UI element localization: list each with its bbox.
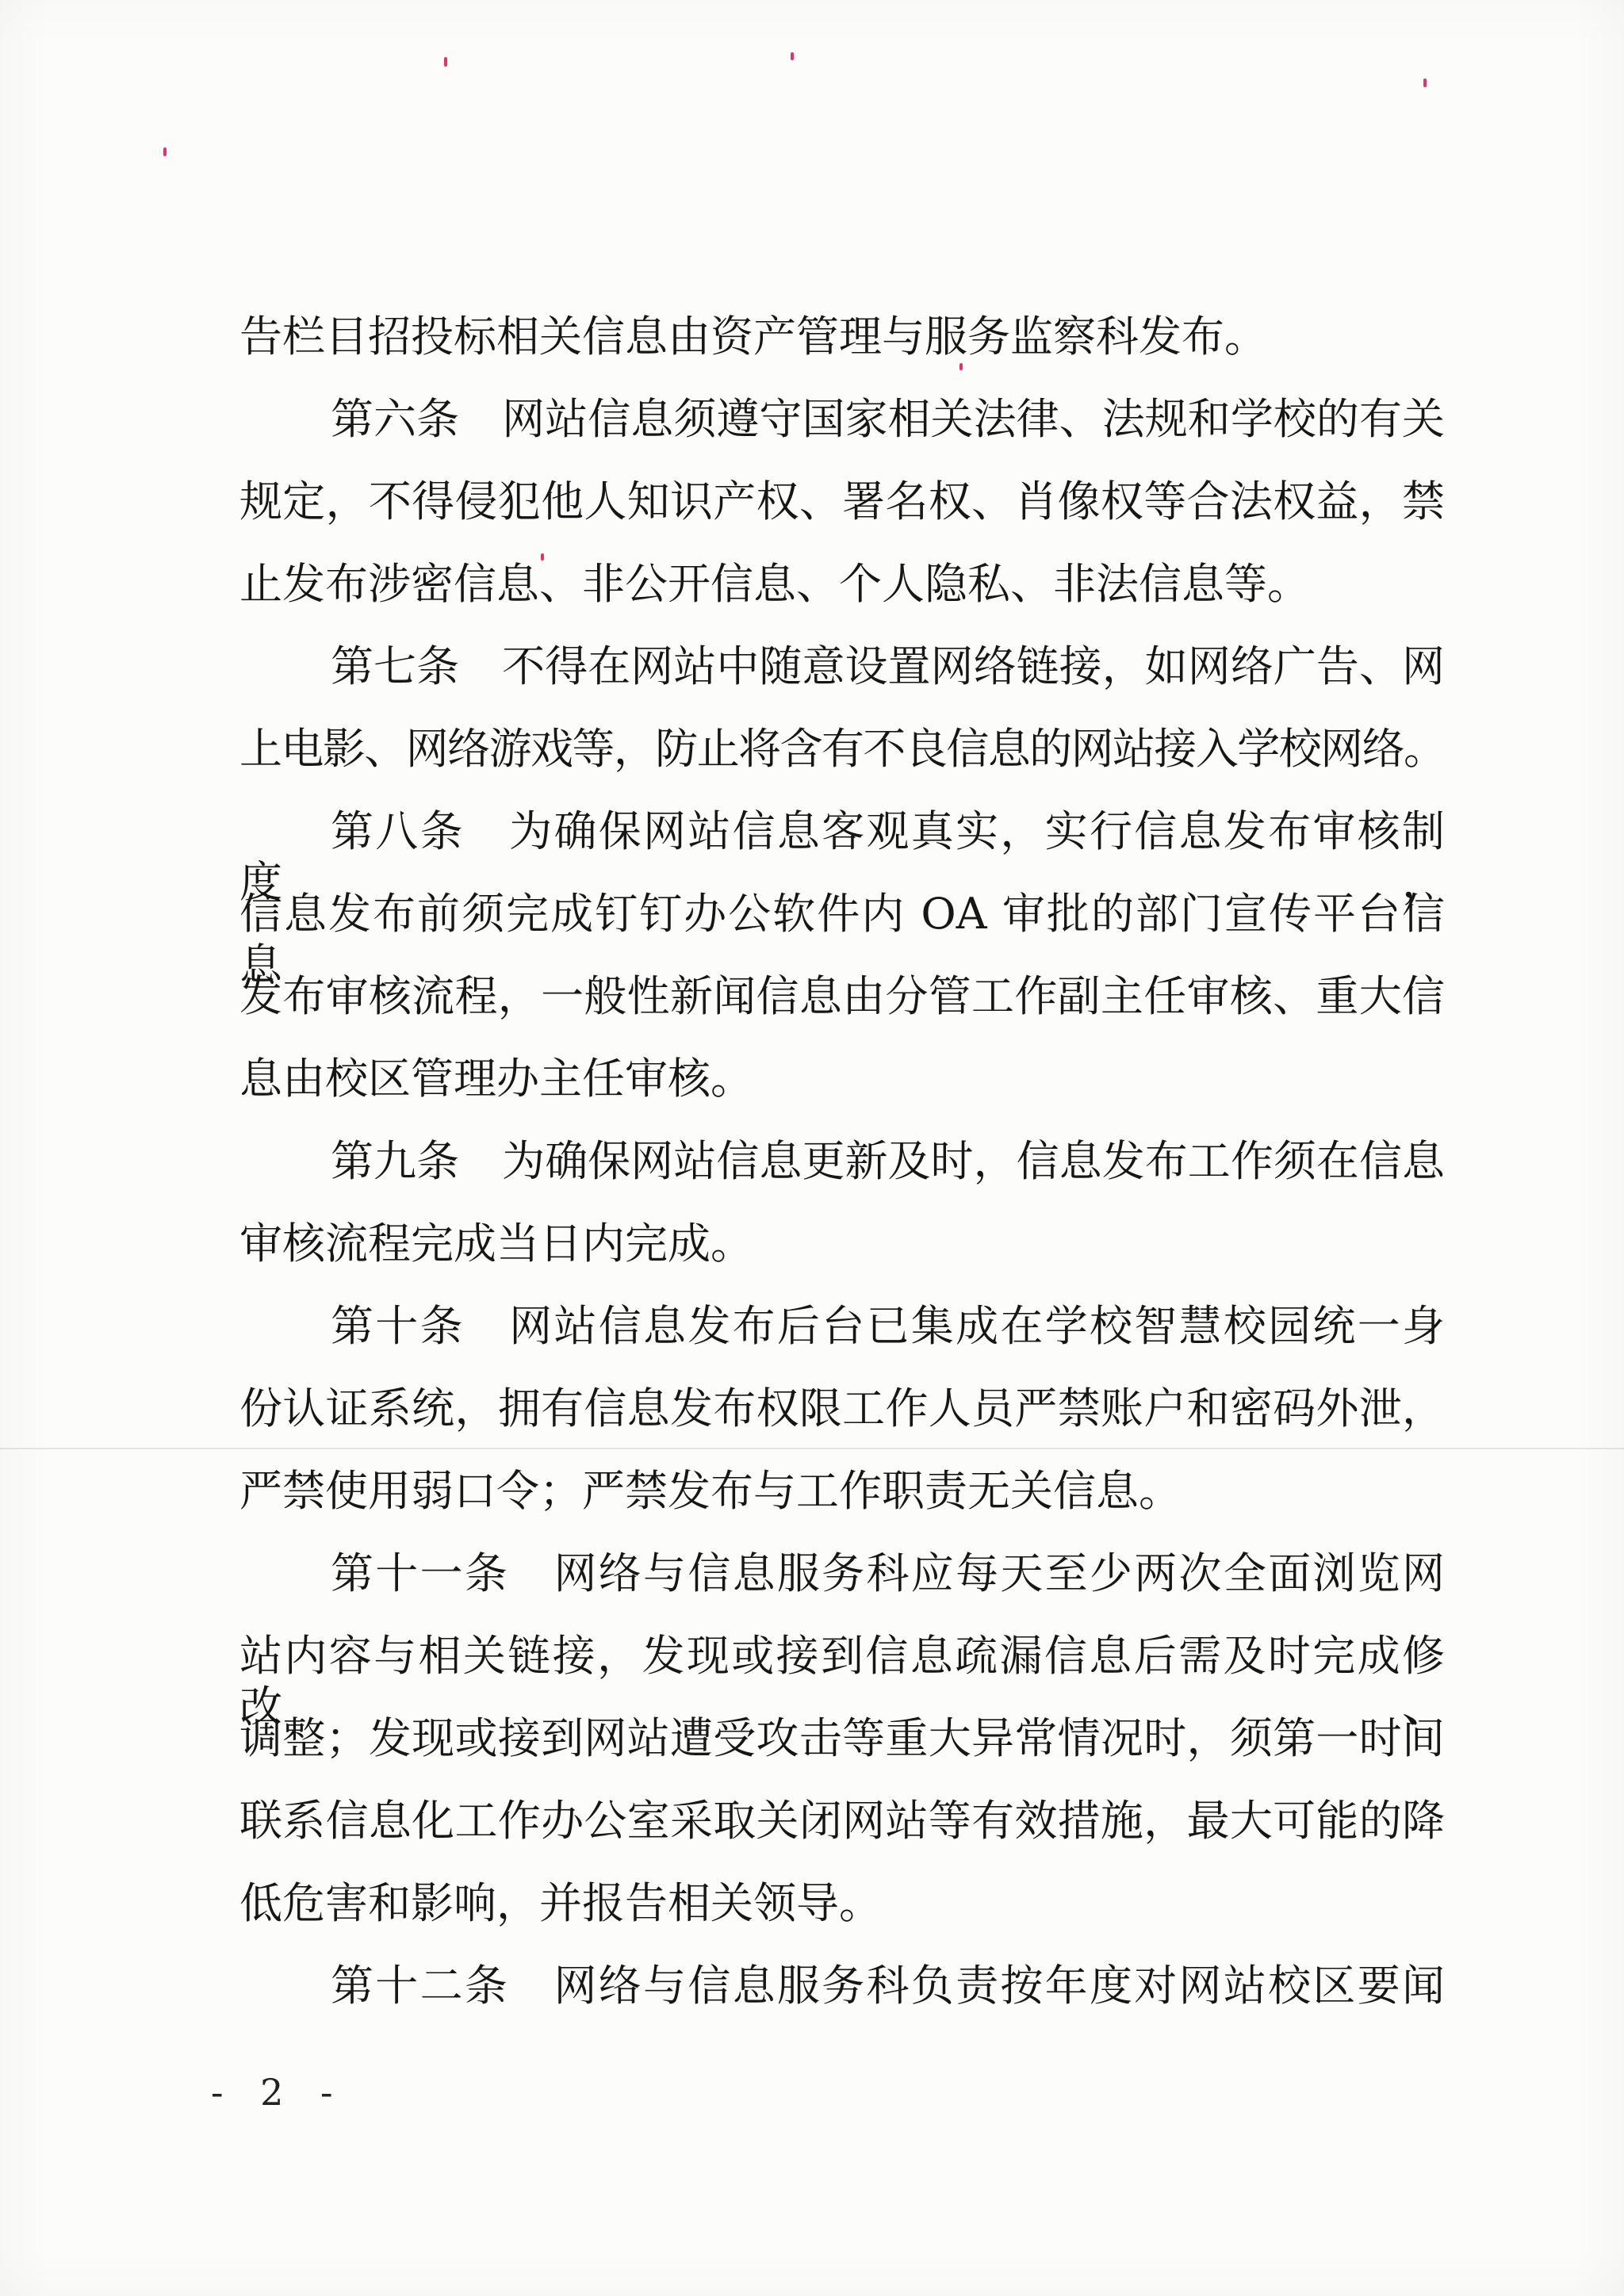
text-line: 发布审核流程，一般性新闻信息由分管工作副主任审核、重大信 bbox=[239, 971, 1445, 1054]
text-line: 严禁使用弱口令；严禁发布与工作职责无关信息。 bbox=[239, 1466, 1445, 1548]
text-line: 第十一条 网络与信息服务科应每天至少两次全面浏览网 bbox=[239, 1548, 1445, 1631]
text-line: 告栏目招投标相关信息由资产管理与服务监察科发布。 bbox=[239, 312, 1445, 394]
scan-speck bbox=[444, 57, 447, 67]
text-line: 第十条 网站信息发布后台已集成在学校智慧校园统一身 bbox=[239, 1301, 1445, 1383]
text-line: 调整；发现或接到网站遭受攻击等重大异常情况时，须第一时间 bbox=[239, 1713, 1445, 1796]
text-line: 第十二条 网络与信息服务科负责按年度对网站校区要闻 bbox=[239, 1961, 1445, 2043]
text-line: 规定，不得侵犯他人知识产权、署名权、肖像权等合法权益，禁 bbox=[239, 476, 1445, 559]
scanned-document-page: { "page": { "background": "#fcfcfb", "nu… bbox=[0, 0, 1624, 2296]
text-line: 上电影、网络游戏等，防止将含有不良信息的网站接入学校网络。 bbox=[239, 724, 1445, 806]
scan-speck bbox=[1423, 78, 1427, 87]
scan-speck bbox=[163, 147, 167, 156]
page-number: - 2 - bbox=[211, 2071, 346, 2114]
text-line: 份认证系统，拥有信息发布权限工作人员严禁账户和密码外泄， bbox=[239, 1383, 1445, 1466]
scan-speck bbox=[791, 52, 794, 60]
text-line: 低危害和影响，并报告相关领导。 bbox=[239, 1878, 1445, 1961]
text-line: 第九条 为确保网站信息更新及时，信息发布工作须在信息 bbox=[239, 1136, 1445, 1219]
text-line: 站内容与相关链接，发现或接到信息疏漏信息后需及时完成修改、 bbox=[239, 1631, 1445, 1713]
text-line: 止发布涉密信息、非公开信息、个人隐私、非法信息等。 bbox=[239, 559, 1445, 641]
text-line: 息由校区管理办主任审核。 bbox=[239, 1054, 1445, 1136]
text-line: 第八条 为确保网站信息客观真实，实行信息发布审核制度， bbox=[239, 806, 1445, 889]
text-line: 第六条 网站信息须遵守国家相关法律、法规和学校的有关 bbox=[239, 394, 1445, 476]
text-line: 联系信息化工作办公室采取关闭网站等有效措施，最大可能的降 bbox=[239, 1796, 1445, 1878]
text-line: 第七条 不得在网站中随意设置网络链接，如网络广告、网 bbox=[239, 641, 1445, 724]
text-line: 审核流程完成当日内完成。 bbox=[239, 1219, 1445, 1301]
document-body: 告栏目招投标相关信息由资产管理与服务监察科发布。 第六条 网站信息须遵守国家相关… bbox=[239, 312, 1445, 2043]
text-line: 信息发布前须完成钉钉办公软件内 OA 审批的部门宣传平台信息 bbox=[239, 889, 1445, 971]
